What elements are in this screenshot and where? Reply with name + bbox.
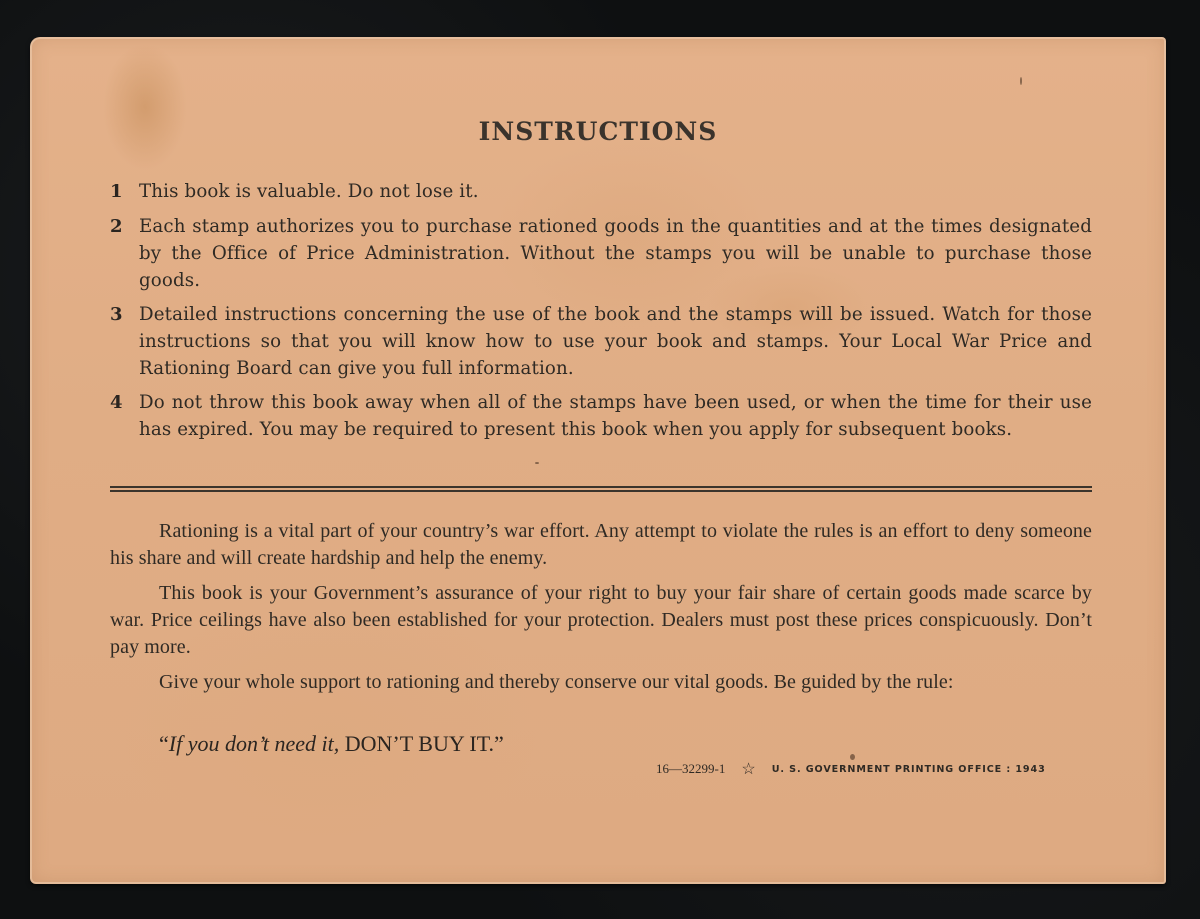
slogan-quote: “If you don’t need it, DON’T BUY IT.” xyxy=(159,731,504,757)
slogan-italic: If you don’t need it, xyxy=(169,731,339,756)
instruction-number: 2 xyxy=(110,213,123,240)
paragraph-assurance: This book is your Government’s assurance… xyxy=(110,580,1092,661)
instruction-text: Each stamp authorizes you to purchase ra… xyxy=(139,213,1092,294)
double-divider xyxy=(110,486,1092,492)
instruction-item-3: 3 Detailed instructions concerning the u… xyxy=(110,301,1092,382)
printer-imprint: 16—32299-1 ☆ U. S. GOVERNMENT PRINTING O… xyxy=(656,761,1046,777)
page-title: INSTRUCTIONS xyxy=(30,117,1166,146)
instruction-item-4: 4 Do not throw this book away when all o… xyxy=(110,389,1092,443)
ration-book-back-cover: INSTRUCTIONS 1 This book is valuable. Do… xyxy=(30,37,1166,884)
close-quote: ” xyxy=(494,731,504,756)
paragraph-rationing: Rationing is a vital part of your countr… xyxy=(110,518,1092,572)
form-code: 16—32299-1 xyxy=(656,761,725,777)
slogan-caps: DON’T BUY IT. xyxy=(339,731,494,756)
paragraph-support: Give your whole support to rationing and… xyxy=(110,669,1092,696)
paper-speck xyxy=(535,462,539,464)
instruction-number: 3 xyxy=(110,301,123,328)
open-quote: “ xyxy=(159,731,169,756)
printing-office: U. S. GOVERNMENT PRINTING OFFICE : 1943 xyxy=(772,764,1046,775)
star-icon: ☆ xyxy=(741,761,755,777)
instruction-text: This book is valuable. Do not lose it. xyxy=(139,178,1092,205)
paper-speck xyxy=(850,754,855,760)
paper-speck xyxy=(1020,77,1022,85)
instruction-number: 4 xyxy=(110,389,123,416)
instruction-item-2: 2 Each stamp authorizes you to purchase … xyxy=(110,213,1092,294)
instruction-text: Detailed instructions concerning the use… xyxy=(139,301,1092,382)
instruction-number: 1 xyxy=(110,178,123,205)
instruction-item-1: 1 This book is valuable. Do not lose it. xyxy=(110,178,1092,205)
instruction-text: Do not throw this book away when all of … xyxy=(139,389,1092,443)
